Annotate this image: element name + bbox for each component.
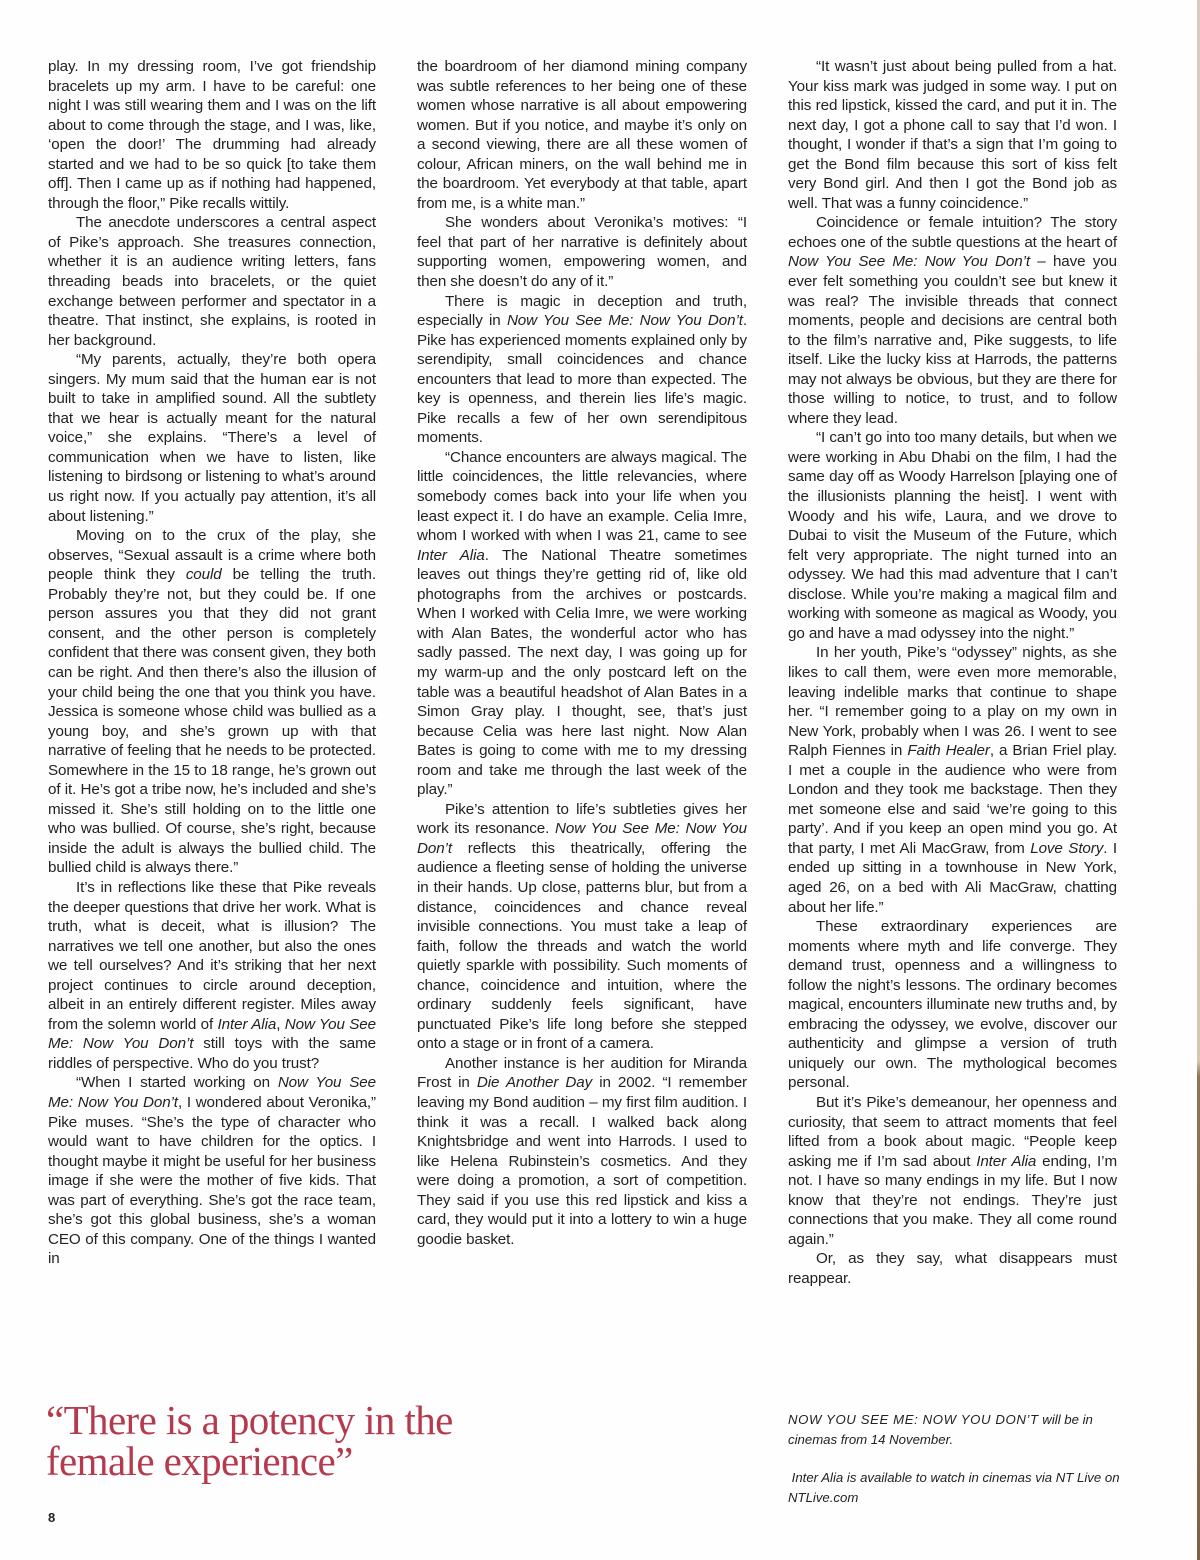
paragraph-text: – have you ever felt something you could… — [788, 253, 1117, 426]
italic-title-text: Now You See Me: Now You Don’t — [507, 312, 743, 329]
article-paragraph: Another instance is her audition for Mir… — [417, 1054, 747, 1249]
paragraph-text: The anecdote underscores a central aspec… — [48, 214, 376, 348]
paragraph-text: . The National Theatre sometimes leaves … — [417, 547, 747, 799]
article-paragraph: These extraordinary experiences are mome… — [788, 917, 1117, 1093]
article-paragraph: Moving on to the crux of the play, she o… — [48, 526, 376, 878]
paragraph-text: Or, as they say, what disappears must re… — [788, 1250, 1117, 1287]
paragraph-text: “It wasn’t just about being pulled from … — [788, 58, 1117, 212]
ntlive-info: Inter Alia is available to watch in cine… — [788, 1468, 1128, 1507]
italic-title-text: Inter Alia — [218, 1016, 277, 1033]
italic-title-text: Inter Alia — [976, 1153, 1036, 1170]
article-paragraph: Coincidence or female intuition? The sto… — [788, 213, 1117, 428]
pull-quote: “There is a potency in the female experi… — [46, 1400, 516, 1482]
release-credits: NOW YOU SEE ME: NOW YOU DON’T will be in… — [788, 1410, 1128, 1526]
paragraph-text: be telling the truth. Probably they’re n… — [48, 566, 376, 876]
article-paragraph: “Chance encounters are always magical. T… — [417, 448, 747, 800]
italic-title-text: Now You See Me: Now You Don’t — [788, 253, 1030, 270]
article-paragraph: “When I started working on Now You See M… — [48, 1073, 376, 1268]
paragraph-text: “My parents, actually, they’re both oper… — [48, 351, 376, 524]
paragraph-text: These extraordinary experiences are mome… — [788, 918, 1117, 1091]
paragraph-text: Coincidence or female intuition? The sto… — [788, 214, 1117, 251]
article-paragraph: Or, as they say, what disappears must re… — [788, 1249, 1117, 1288]
article-paragraph: There is magic in deception and truth, e… — [417, 292, 747, 448]
article-column-2: the boardroom of her diamond mining comp… — [417, 57, 747, 1249]
article-paragraph: “I can’t go into too many details, but w… — [788, 428, 1117, 643]
paragraph-text: “Chance encounters are always magical. T… — [417, 449, 747, 544]
article-paragraph: the boardroom of her diamond mining comp… — [417, 57, 747, 213]
italic-title-text: Inter Alia — [417, 547, 485, 564]
article-paragraph: But it’s Pike’s demeanour, her openness … — [788, 1093, 1117, 1249]
italic-title-text: Faith Healer — [907, 742, 989, 759]
italic-title-text: could — [186, 566, 222, 583]
paragraph-text: . Pike has experienced moments explained… — [417, 312, 747, 446]
paragraph-text: , — [276, 1016, 285, 1033]
article-paragraph: It’s in reflections like these that Pike… — [48, 878, 376, 1073]
article-paragraph: play. In my dressing room, I’ve got frie… — [48, 57, 376, 213]
article-column-1: play. In my dressing room, I’ve got frie… — [48, 57, 376, 1269]
release-title: NOW YOU SEE ME: NOW YOU DON’T — [788, 1412, 1039, 1427]
paragraph-text: “When I started working on — [76, 1074, 278, 1091]
italic-title-text: Love Story — [1030, 840, 1103, 857]
article-paragraph: “My parents, actually, they’re both oper… — [48, 350, 376, 526]
paragraph-text: “I can’t go into too many details, but w… — [788, 429, 1117, 641]
article-paragraph: “It wasn’t just about being pulled from … — [788, 57, 1117, 213]
ntlive-text: Inter Alia is available to watch in cine… — [788, 1470, 1120, 1505]
article-column-3: “It wasn’t just about being pulled from … — [788, 57, 1117, 1288]
article-paragraph: In her youth, Pike’s “odyssey” nights, a… — [788, 643, 1117, 917]
article-paragraph: Pike’s attention to life’s subtleties gi… — [417, 800, 747, 1054]
paragraph-text: , I wondered about Veronika,” Pike muses… — [48, 1094, 376, 1267]
paragraph-text: the boardroom of her diamond mining comp… — [417, 58, 747, 212]
paragraph-text: reflects this theatrically, offering the… — [417, 840, 747, 1052]
release-info: NOW YOU SEE ME: NOW YOU DON’T will be in… — [788, 1410, 1128, 1449]
article-paragraph: The anecdote underscores a central aspec… — [48, 213, 376, 350]
paragraph-text: It’s in reflections like these that Pike… — [48, 879, 376, 1033]
paragraph-text: She wonders about Veronika’s motives: “I… — [417, 214, 747, 290]
italic-title-text: Die Another Day — [477, 1074, 592, 1091]
page-number: 8 — [48, 1510, 55, 1525]
paragraph-text: play. In my dressing room, I’ve got frie… — [48, 58, 376, 212]
article-paragraph: She wonders about Veronika’s motives: “I… — [417, 213, 747, 291]
paragraph-text: in 2002. “I remember leaving my Bond aud… — [417, 1074, 747, 1247]
